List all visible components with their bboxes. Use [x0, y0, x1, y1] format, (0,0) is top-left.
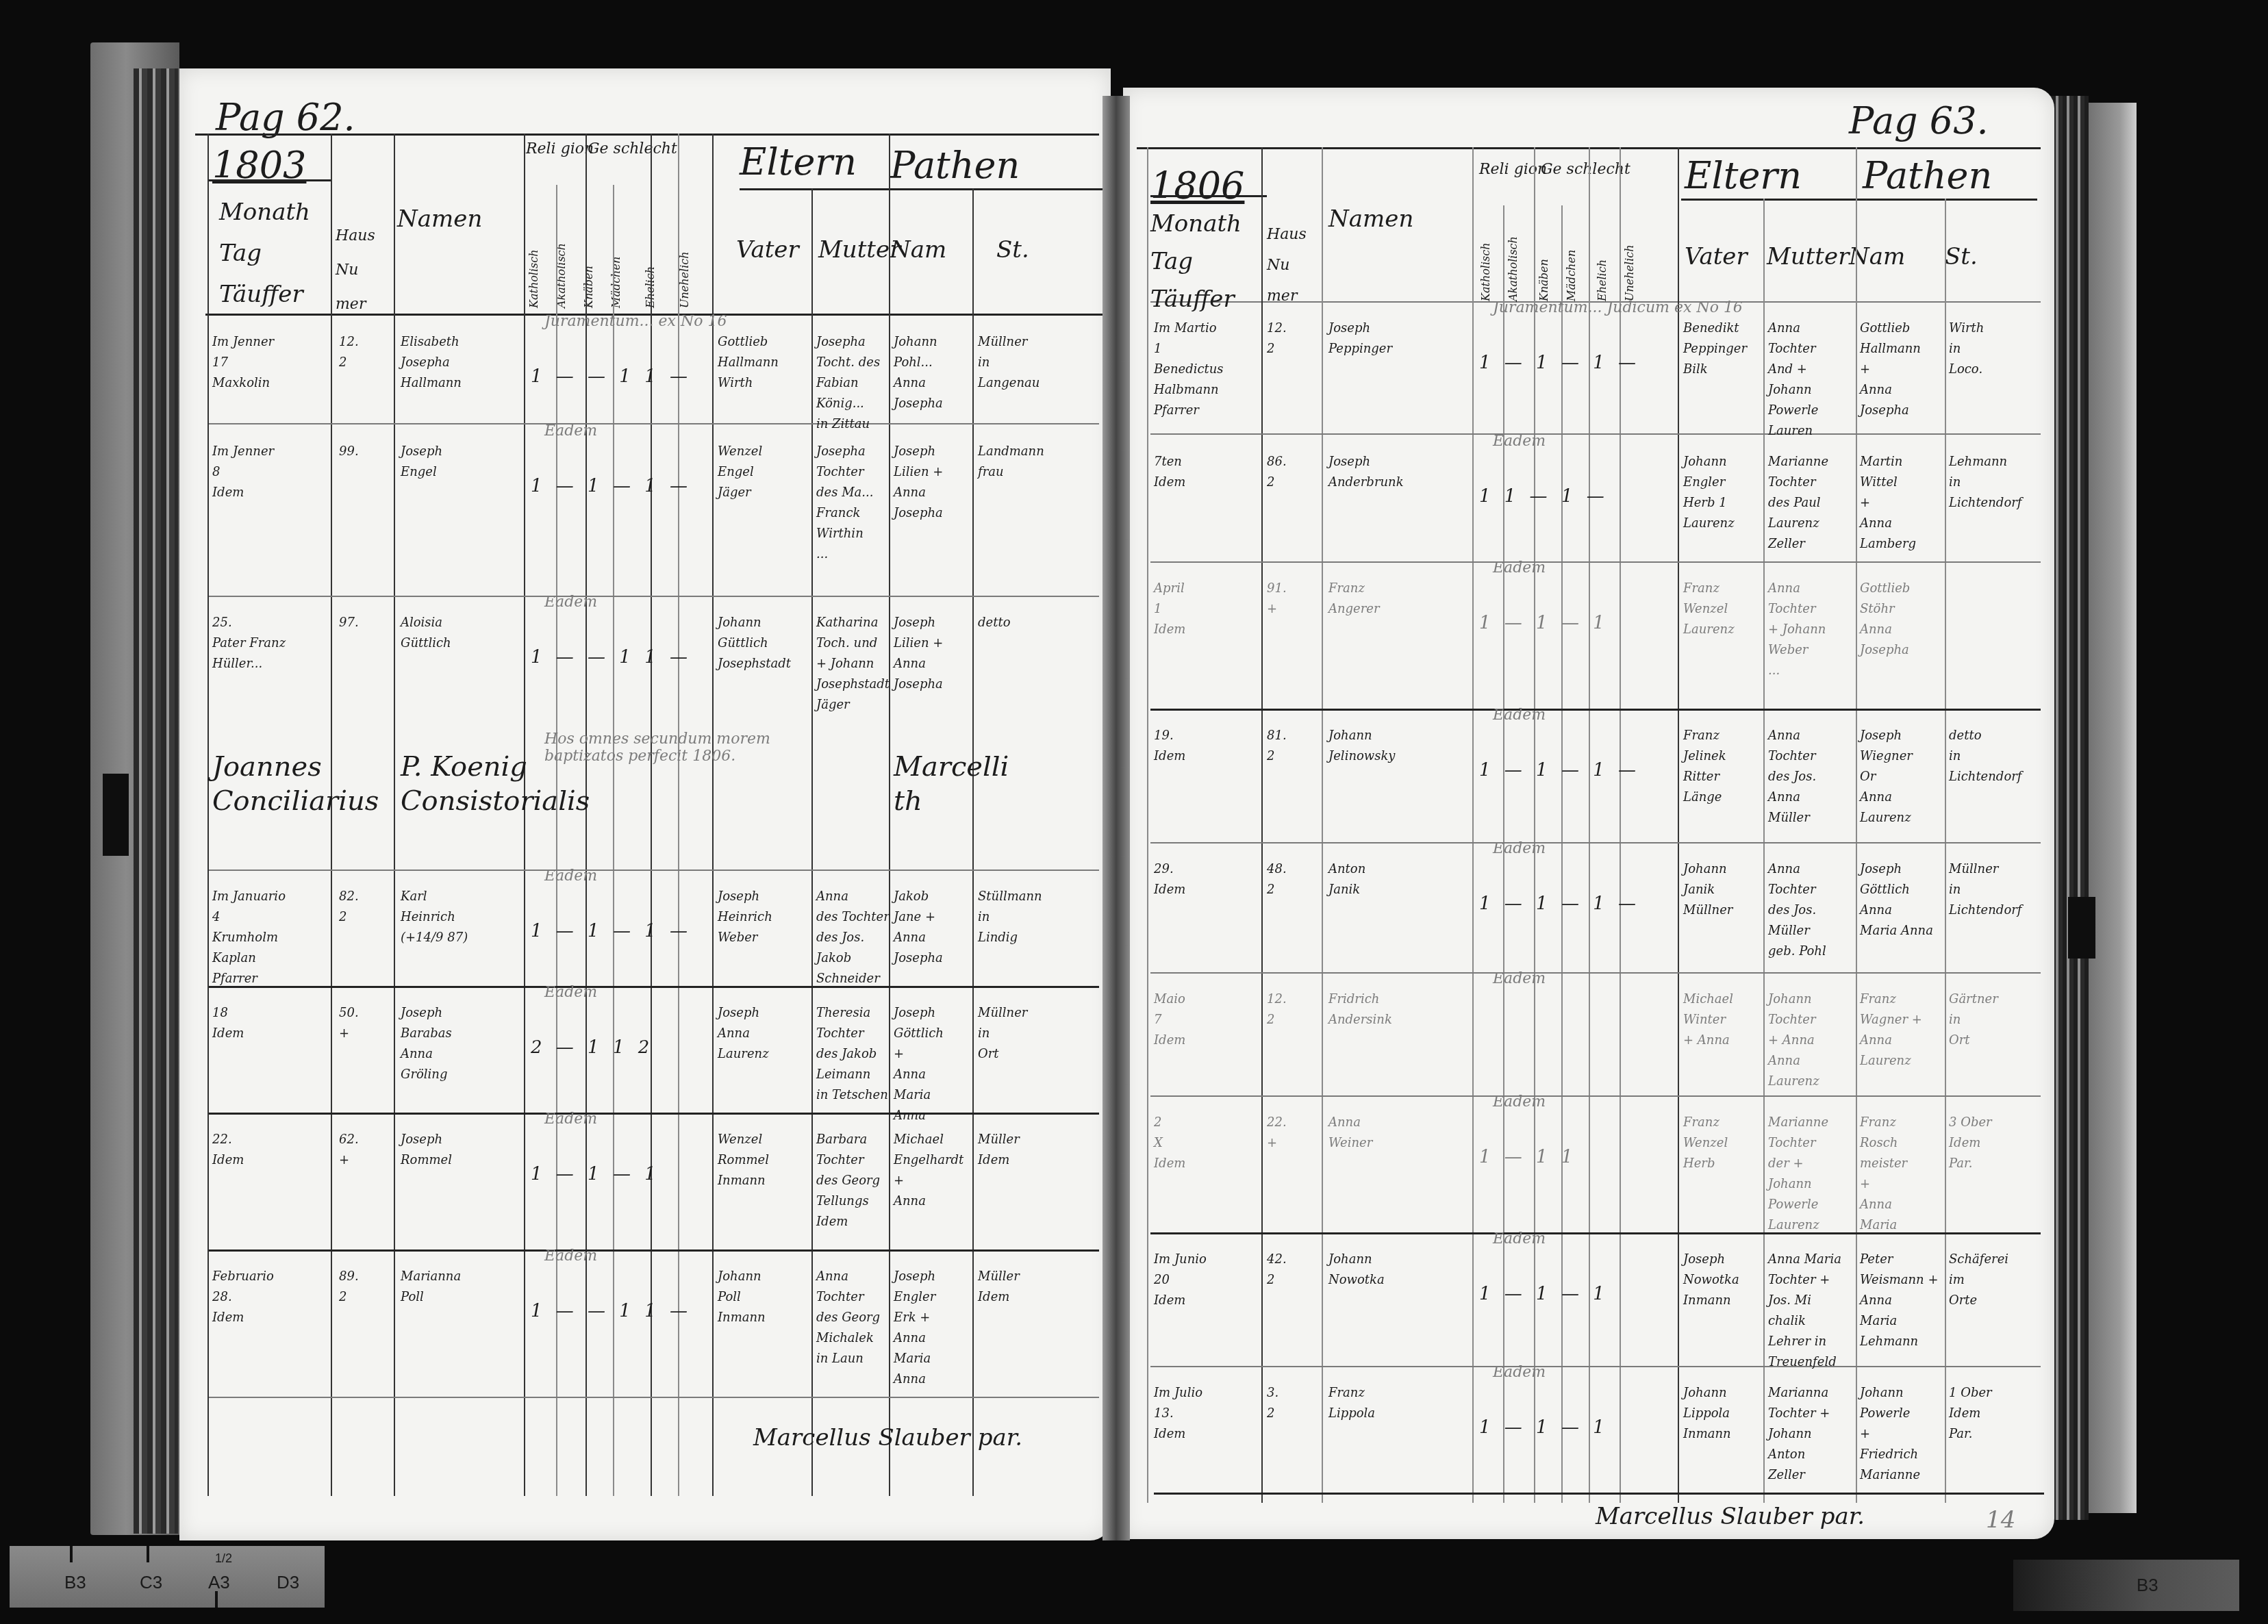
- entry-godparent: Jakob Jane + Anna Josepha: [894, 887, 943, 969]
- entry-marks: 1 — 1 — 1 —: [531, 476, 692, 496]
- header-mother: Mutter: [1767, 243, 1849, 270]
- col-rule: [1261, 147, 1263, 1503]
- entry-eadem-note: Juramentum... ex No 16: [544, 313, 727, 330]
- entry-father: Wenzel Rommel Inmann: [718, 1130, 769, 1191]
- left-col-header-name: Namen: [397, 205, 482, 233]
- entry-date: Joannes Conciliarius: [212, 750, 379, 818]
- entry-house: 22. +: [1267, 1113, 1287, 1154]
- header-month: Monath: [1150, 205, 1242, 243]
- entry-date: Im Jenner 8 Idem: [212, 442, 274, 503]
- row-rule: [209, 870, 1099, 871]
- entry-father: Joseph Heinrich Weber: [718, 887, 772, 948]
- header-godparent-status: St.: [1945, 243, 1978, 270]
- left-bookmark-tab: [103, 774, 129, 856]
- entry-marks: 1 — — 1 1 —: [531, 366, 692, 387]
- entry-eadem-note: Eadem: [1493, 1230, 1546, 1247]
- right-bookmark-tab: [2068, 897, 2095, 959]
- row-rule: [1154, 1493, 2044, 1495]
- entry-eadem-note: Eadem: [544, 594, 597, 611]
- col-rule: [972, 188, 974, 1496]
- header-baptizer: Täuffer: [1150, 281, 1242, 318]
- left-col-header-godparents: Pathen: [890, 144, 1020, 187]
- col-rule: [1945, 199, 1946, 1503]
- row-rule: [1150, 972, 2041, 974]
- header-month: Monath: [219, 192, 310, 233]
- entry-godparent: Franz Rosch meister + Anna Maria: [1860, 1113, 1907, 1236]
- entry-mother: Anna des Tochter des Jos. Jakob Schneide…: [816, 887, 890, 989]
- row-rule: [209, 1113, 1099, 1115]
- entry-house: 12. 2: [339, 332, 359, 373]
- entry-mother: Anna Tochter des Georg Michalek in Laun: [816, 1267, 880, 1369]
- entry-date: Im Januario 4 Krumholm Kaplan Pfarrer: [212, 887, 286, 989]
- ruler-top-mark: 1/2: [215, 1551, 232, 1566]
- entry-marks: 1 — — 1 1 —: [531, 647, 692, 668]
- entry-name: Joseph Rommel: [401, 1130, 452, 1171]
- entry-mother: Anna Tochter des Jos. Anna Müller: [1768, 726, 1816, 828]
- entry-eadem-note: Eadem: [1493, 559, 1546, 576]
- entry-mother: Josepha Tocht. des Fabian König... in Zi…: [816, 332, 880, 435]
- header-acatholic: Akatholisch: [1507, 205, 1520, 301]
- entry-marks: 1 — 1 — 1 —: [1479, 760, 1640, 781]
- entry-eadem-note: Eadem: [1493, 970, 1546, 987]
- entry-house: 99.: [339, 442, 359, 462]
- header-catholic: Katholisch: [527, 205, 540, 308]
- header-boys: Knäben: [1537, 205, 1550, 301]
- entry-date: Im Martio 1 Benedictus Halbmann Pfarrer: [1154, 318, 1224, 421]
- entry-date: 7ten Idem: [1154, 452, 1185, 493]
- entry-eadem-note: Eadem: [1493, 707, 1546, 724]
- entry-marks: 1 — 1 — 1: [1479, 1417, 1609, 1438]
- left-parents-rule: [740, 188, 1102, 190]
- left-signature: Marcellus Slauber par.: [753, 1424, 1022, 1451]
- scan-color-ruler: 1/2 B3 C3 A3 D3: [10, 1546, 325, 1608]
- entry-mother: Marianne Tochter der + Johann Powerle La…: [1768, 1113, 1828, 1236]
- col-rule: [678, 134, 679, 1496]
- entry-name: Aloisia Güttlich: [401, 613, 451, 654]
- row-rule: [1150, 709, 2041, 711]
- left-col-header-sex: Ge schlecht: [588, 140, 642, 157]
- entry-house: 3. 2: [1267, 1383, 1278, 1424]
- ruler-label-right: B3: [2137, 1575, 2158, 1596]
- entry-name: Joseph Barabas Anna Gröling: [401, 1003, 452, 1085]
- entry-marks: 1 — 1 — 1 —: [1479, 353, 1640, 373]
- entry-eadem-note: Eadem: [544, 867, 597, 885]
- entry-house: 48. 2: [1267, 859, 1287, 900]
- entry-marks: 1 — 1 — 1: [1479, 1284, 1609, 1304]
- entry-father: Joseph Nowotka Inmann: [1683, 1249, 1739, 1311]
- entry-godparent: Michael Engelhardt + Anna: [894, 1130, 963, 1212]
- row-rule: [1150, 561, 2041, 563]
- entry-mother: Theresia Tochter des Jakob Leimann in Te…: [816, 1003, 888, 1106]
- col-rule: [1763, 199, 1765, 1503]
- entry-name: Karl Heinrich (+14/9 87): [401, 887, 468, 948]
- entry-godparent: Gottlieb Stöhr Anna Josepha: [1860, 579, 1910, 661]
- header-father: Vater: [736, 236, 799, 264]
- entry-name: Marianna Poll: [401, 1267, 461, 1308]
- header-nu: Nu: [336, 253, 375, 288]
- entry-father: Franz Wenzel Herb: [1683, 1113, 1728, 1174]
- entry-date: 29. Idem: [1154, 859, 1185, 900]
- entry-name: Anton Janik: [1328, 859, 1365, 900]
- entry-house: 97.: [339, 613, 359, 633]
- ruler-label-b3: B3: [64, 1572, 86, 1593]
- entry-godparent-place: Müllner in Langenau: [978, 332, 1039, 394]
- col-rule: [889, 134, 890, 1496]
- entry-house: 50. +: [339, 1003, 359, 1044]
- header-girls: Mädchen: [1565, 205, 1578, 301]
- left-page-stack: [134, 68, 178, 1534]
- left-col-header-parents: Eltern: [740, 140, 857, 183]
- header-baptizer: Täuffer: [219, 274, 310, 315]
- entry-godparent-place: Müllner in Ort: [978, 1003, 1027, 1065]
- entry-name: Franz Lippola: [1328, 1383, 1375, 1424]
- entry-date: Februario 28. Idem: [212, 1267, 274, 1328]
- entry-marks: 1 — 1 — 1 —: [1479, 893, 1640, 914]
- header-girls: Mädchen: [609, 205, 622, 308]
- entry-father: Johann Poll Inmann: [718, 1267, 766, 1328]
- left-col-header-religion: Reli gion: [526, 140, 581, 157]
- left-page-number: Pag 62.: [216, 96, 355, 139]
- entry-father: Gottlieb Hallmann Wirth: [718, 332, 779, 394]
- entry-eadem-note: Hos omnes secundum morem baptizatos perf…: [544, 731, 770, 765]
- entry-date: Maio 7 Idem: [1154, 989, 1185, 1051]
- entry-house: 81. 2: [1267, 726, 1287, 767]
- entry-mother: Anna Tochter des Jos. Müller geb. Pohl: [1768, 859, 1826, 962]
- left-col-header-date: Monath Tag Täuffer: [219, 192, 310, 315]
- col-rule: [207, 134, 209, 1496]
- col-rule: [1561, 205, 1563, 1503]
- col-rule: [1678, 147, 1679, 1503]
- entry-marks: 1 — — 1 1 —: [531, 1301, 692, 1321]
- header-illegitimate: Unehelich: [678, 185, 691, 308]
- entry-marks: 1 — 1 — 1: [1479, 613, 1609, 633]
- ruler-tick: [215, 1591, 218, 1608]
- entry-date: 25. Pater Franz Hüller...: [212, 613, 286, 674]
- left-year-rule: [209, 179, 332, 181]
- entry-father: Benedikt Peppinger Bilk: [1683, 318, 1747, 380]
- entry-father: Franz Wenzel Laurenz: [1683, 579, 1735, 640]
- entry-mother: Marianna Tochter + Johann Anton Zeller: [1768, 1383, 1830, 1486]
- entry-mother: Johann Tochter + Anna Anna Laurenz: [1768, 989, 1819, 1092]
- entry-house: 62. +: [339, 1130, 359, 1171]
- entry-godparent-place: Wirth in Loco.: [1949, 318, 1984, 380]
- entry-date: Im Jenner 17 Maxkolin: [212, 332, 274, 394]
- header-house: Haus: [336, 219, 375, 253]
- ruler-label-a3: A3: [208, 1572, 230, 1593]
- col-rule: [811, 188, 813, 1496]
- entry-date: Im Julio 13. Idem: [1154, 1383, 1202, 1445]
- header-illegitimate: Unehelich: [1623, 178, 1636, 301]
- right-parents-rule: [1681, 199, 2037, 201]
- right-col-header-name: Namen: [1328, 205, 1413, 233]
- entry-godparent: Martin Wittel + Anna Lamberg: [1860, 452, 1916, 555]
- entry-father: Johann Güttlich Josephstadt: [718, 613, 791, 674]
- row-rule: [209, 1397, 1099, 1398]
- entry-godparent: Marcelli th: [894, 750, 1009, 818]
- row-rule: [209, 596, 1099, 597]
- entry-eadem-note: Eadem: [1493, 840, 1546, 857]
- header-boys: Knäben: [582, 205, 595, 308]
- entry-father: Michael Winter + Anna: [1683, 989, 1733, 1051]
- entry-mother: Anna Tochter And + Johann Powerle Lauren: [1768, 318, 1818, 442]
- entry-eadem-note: Eadem: [1493, 1364, 1546, 1381]
- left-col-header-house: Haus Nu mer: [336, 219, 375, 322]
- header-mer: mer: [336, 288, 375, 322]
- entry-father: Franz Jelinek Ritter Länge: [1683, 726, 1726, 808]
- entry-name: Elisabeth Josepha Hallmann: [401, 332, 462, 394]
- entry-marks: 1 — 1 — 1: [531, 1164, 660, 1184]
- entry-date: 22. Idem: [212, 1130, 244, 1171]
- header-day: Tag: [219, 233, 310, 274]
- entry-godparent: Joseph Engler Erk + Anna Maria Anna: [894, 1267, 935, 1390]
- entry-name: Johann Jelinowsky: [1328, 726, 1396, 767]
- entry-godparent: Peter Weismann + Anna Maria Lehmann: [1860, 1249, 1938, 1352]
- entry-godparent-place: Landmann frau: [978, 442, 1044, 483]
- entry-godparent-place: detto: [978, 613, 1010, 633]
- header-godparent-status: St.: [996, 236, 1029, 264]
- entry-mother: Katharina Toch. und + Johann Josephstadt…: [816, 613, 890, 715]
- entry-godparent-place: 3 Ober Idem Par.: [1949, 1113, 1992, 1174]
- header-house: Haus: [1267, 219, 1307, 250]
- entry-godparent: Joseph Wiegner Or Anna Laurenz: [1860, 726, 1913, 828]
- header-godparent-name: Nam: [1849, 243, 1905, 270]
- right-col-header-godparents: Pathen: [1863, 154, 1992, 197]
- entry-name: Joseph Peppinger: [1328, 318, 1392, 359]
- entry-house: 12. 2: [1267, 318, 1287, 359]
- archive-pencil-note: 14: [1986, 1506, 2015, 1534]
- row-rule: [209, 1249, 1099, 1252]
- col-rule: [1856, 147, 1857, 1503]
- right-col-header-parents: Eltern: [1685, 154, 1802, 197]
- ruler-label-d3: D3: [277, 1572, 299, 1593]
- right-col-header-date: Monath Tag Täuffer: [1150, 205, 1242, 318]
- ruler-label-c3: C3: [140, 1572, 162, 1593]
- header-mer: mer: [1267, 281, 1307, 312]
- right-page-number: Pag 63.: [1849, 99, 1989, 142]
- right-year: 1806: [1150, 164, 1244, 207]
- entry-house: 82. 2: [339, 887, 359, 928]
- col-rule: [394, 134, 395, 1496]
- entry-godparent: Franz Wagner + Anna Laurenz: [1860, 989, 1922, 1071]
- right-signature: Marcellus Slauber par.: [1596, 1503, 1865, 1530]
- entry-marks: 2 — 1 1 2: [531, 1037, 653, 1058]
- row-rule: [1150, 1366, 2041, 1367]
- entry-godparent-place: Gärtner in Ort: [1949, 989, 1998, 1051]
- entry-house: 91. +: [1267, 579, 1287, 620]
- right-year-rule: [1150, 195, 1267, 197]
- header-nu: Nu: [1267, 250, 1307, 281]
- entry-godparent-place: Lehmann in Lichtendorf: [1949, 452, 2022, 513]
- entry-date: 18 Idem: [212, 1003, 244, 1044]
- entry-godparent-place: Müller Idem: [978, 1267, 1020, 1308]
- entry-date: April 1 Idem: [1154, 579, 1185, 640]
- scan-color-ruler-right: B3: [2013, 1560, 2239, 1611]
- entry-godparent-place: Müller Idem: [978, 1130, 1020, 1171]
- entry-godparent-place: 1 Ober Idem Par.: [1949, 1383, 1992, 1445]
- entry-marks: 1 1 — 1 —: [1479, 486, 1609, 507]
- entry-father: Johann Engler Herb 1 Laurenz: [1683, 452, 1735, 534]
- entry-godparent: Joseph Lilien + Anna Josepha: [894, 613, 943, 695]
- entry-godparent-place: Müllner in Lichtendorf: [1949, 859, 2022, 921]
- entry-godparent: Johann Pohl... Anna Josepha: [894, 332, 943, 414]
- entry-eadem-note: Eadem: [1493, 433, 1546, 450]
- header-catholic: Katholisch: [1479, 205, 1492, 301]
- row-rule: [1150, 842, 2041, 843]
- entry-godparent-place: Stüllmann in Lindig: [978, 887, 1042, 948]
- entry-eadem-note: Eadem: [544, 984, 597, 1001]
- entry-marks: 1 — 1 — 1 —: [531, 921, 692, 941]
- ruler-tick: [147, 1546, 149, 1562]
- entry-name: Joseph Engel: [401, 442, 442, 483]
- entry-godparent-place: detto in Lichtendorf: [1949, 726, 2022, 787]
- entry-house: 42. 2: [1267, 1249, 1287, 1291]
- entry-godparent: Johann Powerle + Friedrich Marianne: [1860, 1383, 1920, 1486]
- col-rule: [651, 134, 652, 1496]
- col-rule: [1322, 147, 1323, 1503]
- entry-marks: 1 — 1 1: [1479, 1147, 1576, 1167]
- col-rule: [1472, 147, 1474, 1503]
- entry-name: Franz Angerer: [1328, 579, 1380, 620]
- entry-father: Johann Lippola Inmann: [1683, 1383, 1731, 1445]
- entry-date: 19. Idem: [1154, 726, 1185, 767]
- row-rule: [1150, 433, 2041, 435]
- entry-godparent: Gottlieb Hallmann + Anna Josepha: [1860, 318, 1921, 421]
- entry-name: Fridrich Andersink: [1328, 989, 1392, 1030]
- right-col-header-sex: Ge schlecht: [1541, 161, 1596, 178]
- entry-mother: Marianne Tochter des Paul Laurenz Zeller: [1768, 452, 1828, 555]
- entry-godparent-place: Schäferei im Orte: [1949, 1249, 2008, 1311]
- entry-eadem-note: Eadem: [544, 422, 597, 440]
- entry-house: 86. 2: [1267, 452, 1287, 493]
- col-rule: [712, 134, 714, 1496]
- right-col-header-religion: Reli gion: [1479, 161, 1534, 178]
- entry-eadem-note: Eadem: [1493, 1093, 1546, 1111]
- entry-name: Anna Weiner: [1328, 1113, 1372, 1154]
- entry-mother: Anna Tochter + Johann Weber ...: [1768, 579, 1826, 681]
- header-godparent-name: Nam: [890, 236, 946, 264]
- entry-name: Johann Nowotka: [1328, 1249, 1385, 1291]
- entry-father: Wenzel Engel Jäger: [718, 442, 762, 503]
- col-rule: [1147, 147, 1148, 1503]
- entry-mother: Anna Maria Tochter + Jos. Mi chalik Lehr…: [1768, 1249, 1841, 1373]
- entry-godparent: Joseph Lilien + Anna Josepha: [894, 442, 943, 524]
- ruler-tick: [70, 1546, 73, 1562]
- entry-house: 89. 2: [339, 1267, 359, 1308]
- header-father: Vater: [1685, 243, 1748, 270]
- row-rule: [1150, 1095, 2041, 1097]
- entry-date: Im Junio 20 Idem: [1154, 1249, 1207, 1311]
- header-day: Tag: [1150, 243, 1242, 281]
- entry-godparent: Joseph Göttlich Anna Maria Anna: [1860, 859, 1933, 941]
- entry-eadem-note: Eadem: [544, 1111, 597, 1128]
- right-col-header-house: Haus Nu mer: [1267, 219, 1307, 312]
- entry-father: Joseph Anna Laurenz: [718, 1003, 769, 1065]
- entry-eadem-note: Eadem: [544, 1247, 597, 1265]
- entry-date: 2 X Idem: [1154, 1113, 1185, 1174]
- entry-eadem-note: Juramentum... Judicum ex No 16: [1493, 299, 1743, 316]
- entry-mother: Josepha Tochter des Ma... Franck Wirthin…: [816, 442, 873, 565]
- row-rule: [209, 423, 1099, 424]
- entry-house: 12. 2: [1267, 989, 1287, 1030]
- entry-father: Johann Janik Müllner: [1683, 859, 1732, 921]
- entry-godparent: Joseph Göttlich + Anna Maria Anna: [894, 1003, 944, 1126]
- book-gutter: [1102, 96, 1130, 1540]
- col-rule: [1620, 147, 1621, 1503]
- header-legitimate: Ehelich: [1596, 205, 1609, 301]
- entry-mother: Barbara Tochter des Georg Tellungs Idem: [816, 1130, 880, 1232]
- row-rule: [209, 986, 1099, 988]
- entry-name: Joseph Anderbrunk: [1328, 452, 1404, 493]
